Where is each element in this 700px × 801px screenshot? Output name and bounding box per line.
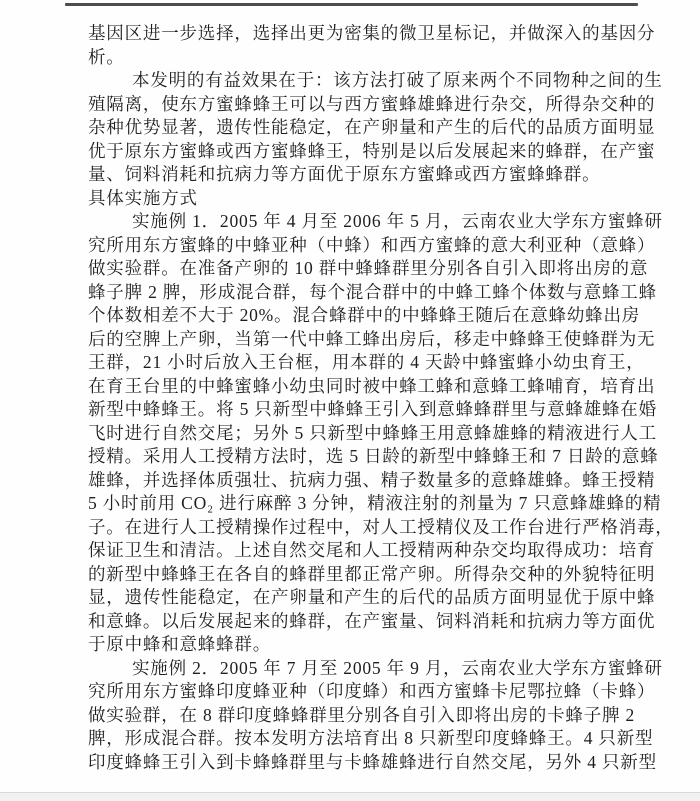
text-line: 5 小时前用 CO₂ 进行麻醉 3 分钟，精液注射的剂量为 7 只意蜂雄蜂的精 <box>88 492 644 516</box>
text-line: 个体数相差不大于 20%。混合蜂群中的中蜂蜂王随后在意蜂幼蜂出房 <box>88 304 644 328</box>
text-line: 究所用东方蜜蜂的中蜂亚种（中蜂）和西方蜜蜂的意大利亚种（意蜂） <box>88 234 644 258</box>
text-line: 的新型中蜂蜂王在各自的蜂群里都正常产卵。所得杂交种的外貌特征明 <box>88 563 644 587</box>
text-line: 新型中蜂蜂王。将 5 只新型中蜂蜂王引入到意蜂蜂群里与意蜂雄蜂在婚 <box>88 398 644 422</box>
text-line: 实施例 2．2005 年 7 月至 2005 年 9 月，云南农业大学东方蜜蜂研 <box>88 657 644 681</box>
text-line: 授精。采用人工授精方法时，选 5 日龄的新型中蜂蜂王和 7 日龄的意蜂 <box>88 445 644 469</box>
text-line: 显，遗传性能稳定，在产卵量和产生的后代的品质方面明显优于原中蜂 <box>88 586 644 610</box>
text-line: 优于原东方蜜蜂或西方蜜蜂蜂王，特别是以后发展起来的蜂群，在产蜜 <box>88 140 644 164</box>
text-line: 脾，形成混合群。按本发明方法培育出 8 只新型印度蜂蜂王。4 只新型 <box>88 727 644 751</box>
patent-page: 基因区进一步选择，选择出更为密集的微卫星标记，并做深入的基因分析。本发明的有益效… <box>0 0 700 801</box>
text-line: 在育王台里的中蜂蜜蜂小幼虫同时被中蜂工蜂和意蜂工蜂哺育，培育出 <box>88 375 644 399</box>
text-line: 实施例 1．2005 年 4 月至 2006 年 5 月，云南农业大学东方蜜蜂研 <box>88 210 644 234</box>
page-top-rule <box>65 3 638 6</box>
text-line: 做实验群，在 8 群印度蜂蜂群里分别各自引入即将出房的卡蜂子脾 2 <box>88 704 644 728</box>
text-line: 殖隔离，使东方蜜蜂蜂王可以与西方蜜蜂雄蜂进行杂交，所得杂交种的 <box>88 93 644 117</box>
text-line: 本发明的有益效果在于：该方法打破了原来两个不同物种之间的生 <box>88 69 644 93</box>
section-heading: 具体实施方式 <box>88 187 644 211</box>
text-line: 量、饲料消耗和抗病力等方面优于原东方蜜蜂或西方蜜蜂蜂群。 <box>88 163 644 187</box>
text-line: 子。在进行人工授精操作过程中，对人工授精仪及工作台进行严格消毒， <box>88 516 644 540</box>
text-line: 杂种优势显著，遗传性能稳定，在产卵量和产生的后代的品质方面明显 <box>88 116 644 140</box>
page-bottom-scan-band <box>0 792 700 801</box>
text-line: 印度蜂蜂王引入到卡蜂蜂群里与卡蜂雄蜂进行自然交尾，另外 4 只新型 <box>88 751 644 775</box>
text-line: 后的空脾上产卵，当第一代中蜂工蜂出房后，移走中蜂蜂王使蜂群为无 <box>88 328 644 352</box>
text-line: 做实验群。在准备产卵的 10 群中蜂蜂群里分别各自引入即将出房的意 <box>88 257 644 281</box>
text-line: 和意蜂。以后发展起来的蜂群，在产蜜量、饲料消耗和抗病力等方面优 <box>88 610 644 634</box>
text-line: 保证卫生和清洁。上述自然交尾和人工授精两种杂交均取得成功：培育 <box>88 539 644 563</box>
text-line: 飞时进行自然交尾；另外 5 只新型中蜂蜂王用意蜂雄蜂的精液进行人工 <box>88 422 644 446</box>
text-line: 蜂子脾 2 脾，形成混合群，每个混合群中的中蜂工蜂个体数与意蜂工蜂 <box>88 281 644 305</box>
patent-text-block: 基因区进一步选择，选择出更为密集的微卫星标记，并做深入的基因分析。本发明的有益效… <box>88 22 644 774</box>
text-line: 雄蜂，并选择体质强壮、抗病力强、精子数量多的意蜂雄蜂。蜂王授精 <box>88 469 644 493</box>
text-line: 基因区进一步选择，选择出更为密集的微卫星标记，并做深入的基因分 <box>88 22 644 46</box>
text-line: 于原中蜂和意蜂蜂群。 <box>88 633 644 657</box>
text-line: 究所用东方蜜蜂印度蜂亚种（印度蜂）和西方蜜蜂卡尼鄂拉蜂（卡蜂） <box>88 680 644 704</box>
text-line: 王群，21 小时后放入王台框，用本群的 4 天龄中蜂蜜蜂小幼虫育王， <box>88 351 644 375</box>
text-line: 析。 <box>88 46 644 70</box>
